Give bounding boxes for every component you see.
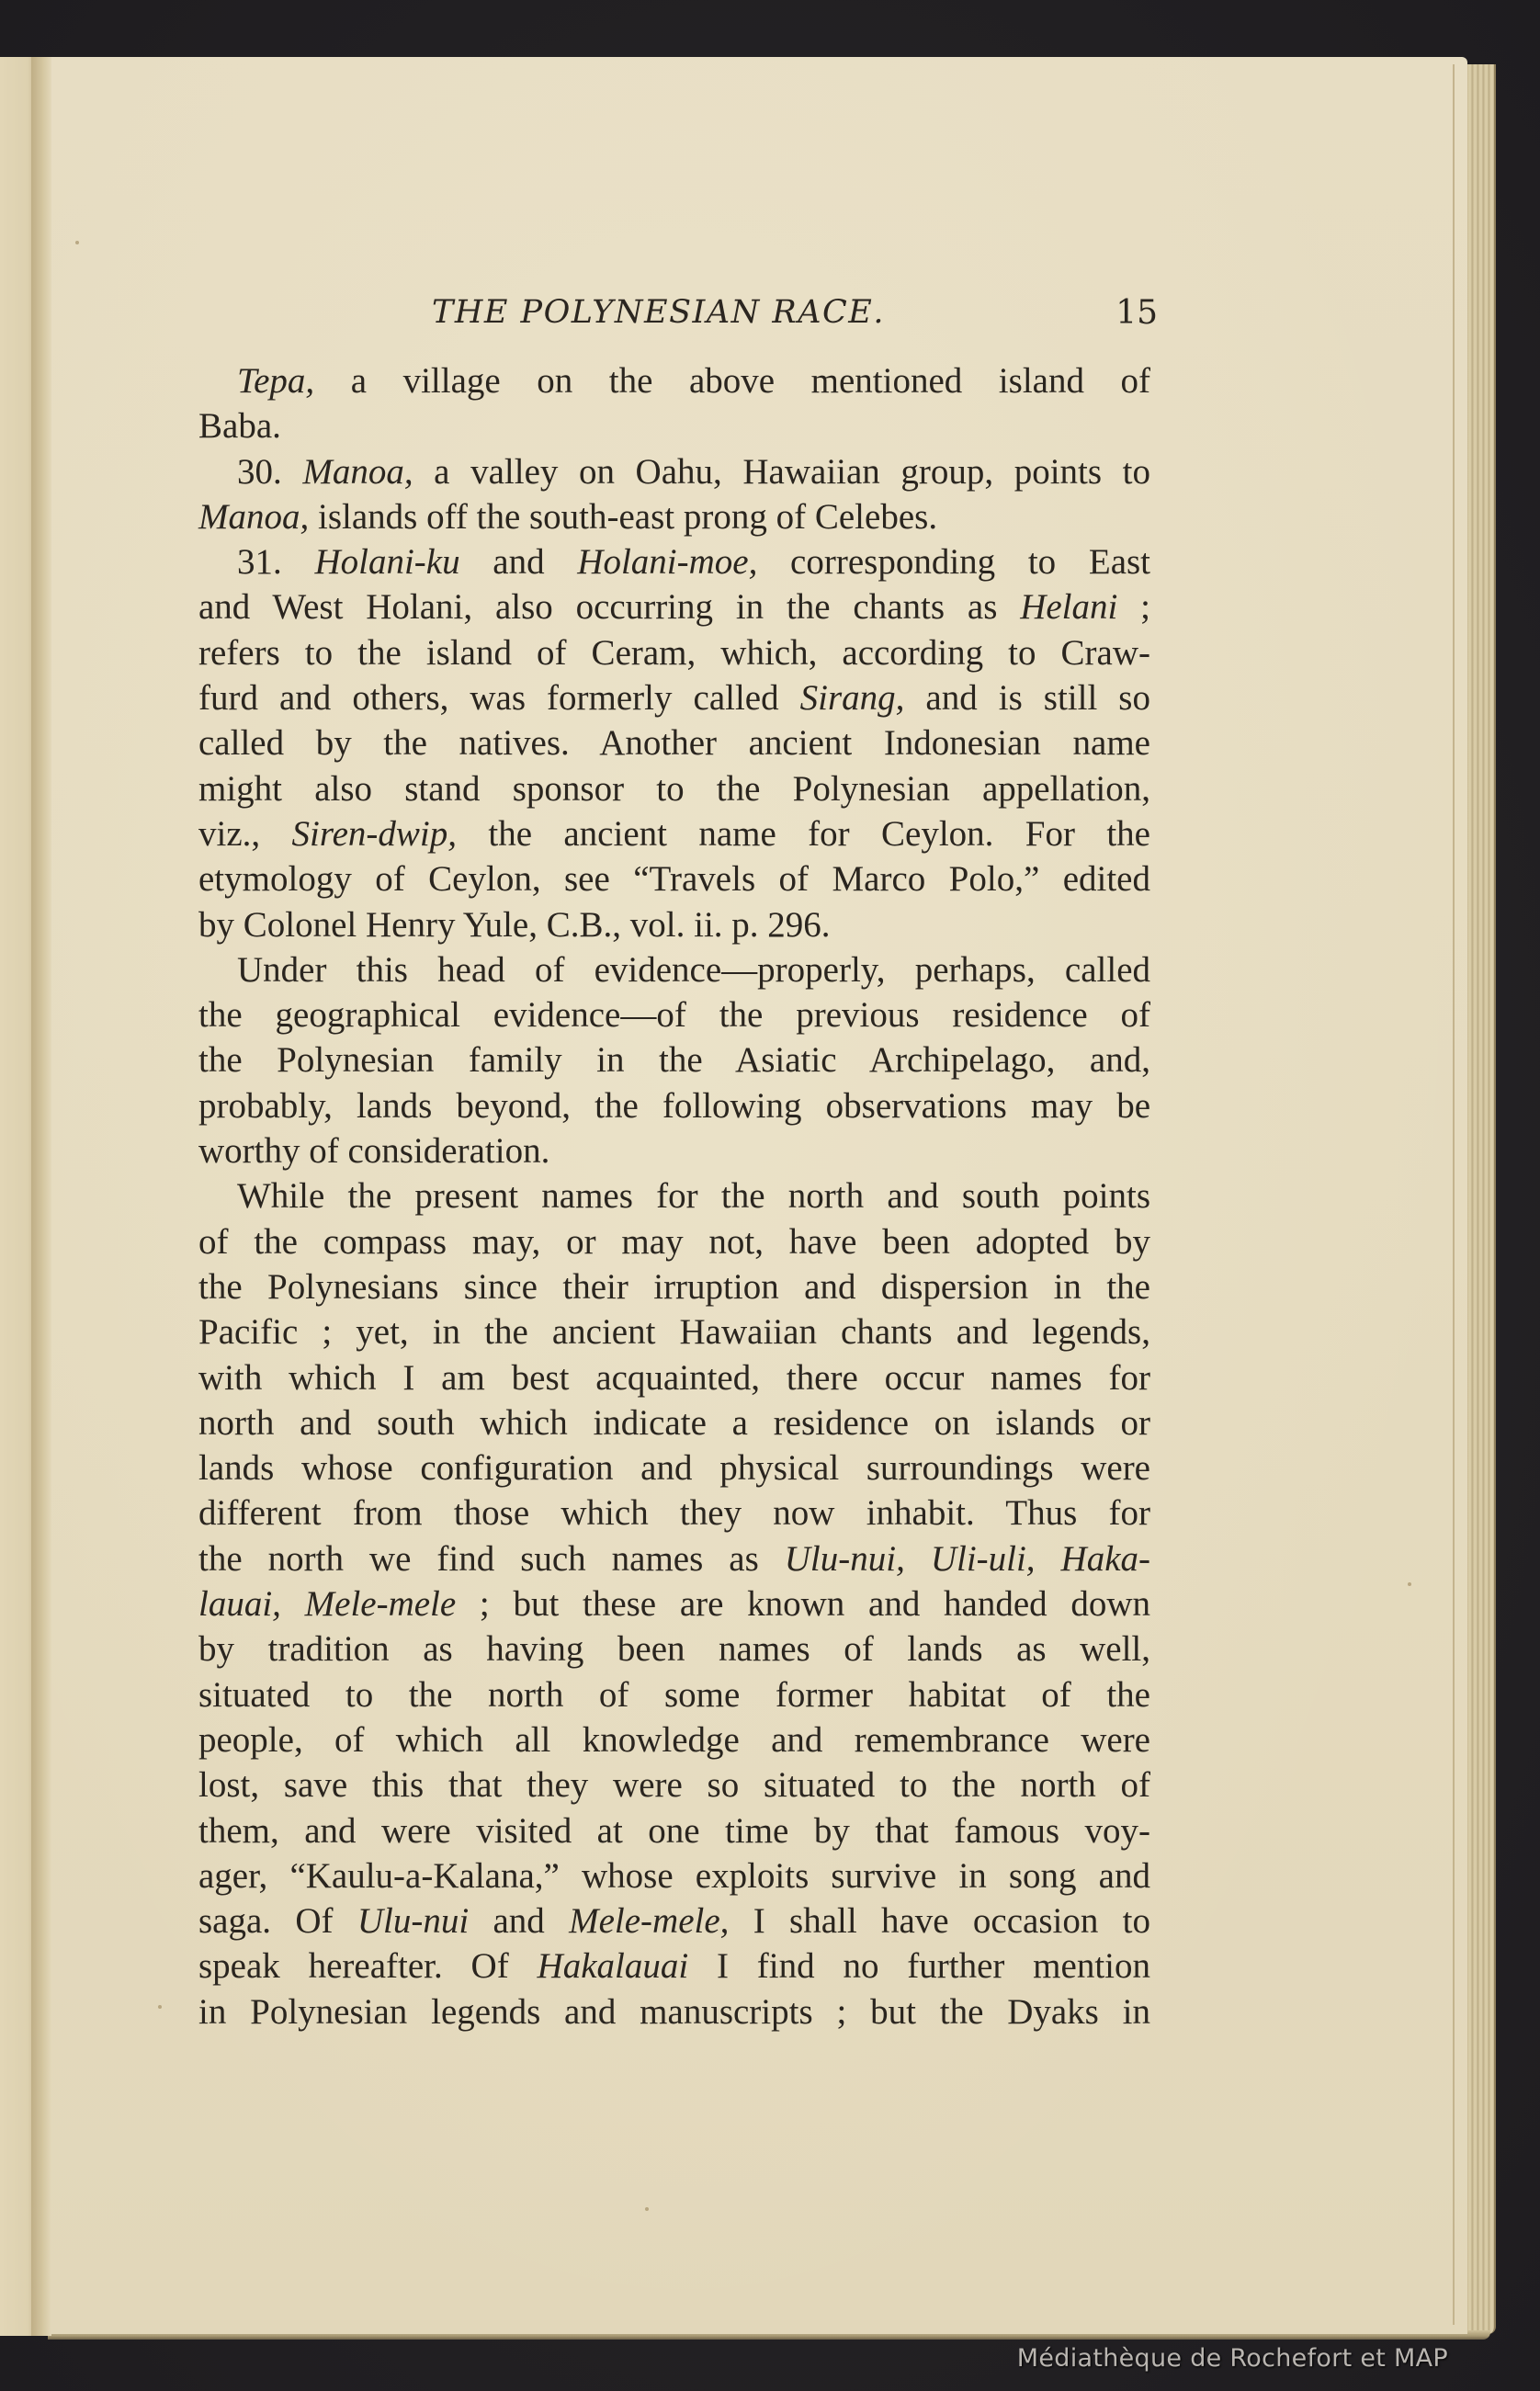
text-run: the geographical evidence—of the previou… [198, 995, 1150, 1035]
italic-term: Holani-moe, [577, 542, 757, 582]
text-line: Pacific ; yet, in the ancient Hawaiian c… [198, 1309, 1150, 1354]
text-line: Manoa, islands off the south-east prong … [198, 494, 1150, 539]
text-run: by tradition as having been names of lan… [198, 1629, 1150, 1669]
italic-term: Sirang, [800, 678, 905, 718]
text-run: Baba. [198, 406, 281, 446]
text-line: and West Holani, also occurring in the c… [198, 584, 1150, 629]
text-run: I find no further mention [688, 1946, 1150, 1986]
text-run: and [460, 542, 578, 582]
italic-term: Hakalauai [538, 1946, 689, 1986]
text-line: Tepa, a village on the above mentioned i… [198, 358, 1150, 403]
text-run: and is still so [904, 678, 1150, 718]
text-run: north and south which indicate a residen… [198, 1403, 1150, 1443]
text-line: furd and others, was formerly called Sir… [198, 675, 1150, 720]
text-line: the Polynesian family in the Asiatic Arc… [198, 1037, 1150, 1082]
text-line: by Colonel Henry Yule, C.B., vol. ii. p.… [198, 902, 1150, 947]
text-run: saga. Of [198, 1901, 357, 1941]
text-run: a valley on Oahu, Hawaiian group, points… [413, 452, 1150, 492]
text-run: probably, lands beyond, the following ob… [198, 1086, 1150, 1126]
running-head: THE POLYNESIAN RACE. 15 [184, 294, 1158, 346]
text-line: refers to the island of Ceram, which, ac… [198, 630, 1150, 675]
text-line: probably, lands beyond, the following ob… [198, 1083, 1150, 1128]
text-line: them, and were visited at one time by th… [198, 1808, 1150, 1853]
text-run: 31. [237, 542, 314, 582]
text-run: in Polynesian legends and manuscripts ; … [198, 1992, 1150, 2032]
text-line: etymology of Ceylon, see “Travels of Mar… [198, 856, 1150, 901]
text-run: different from those which they now inha… [198, 1493, 1150, 1533]
italic-term: Uli-uli, [931, 1539, 1036, 1579]
text-run: ; but these are known and handed down [456, 1584, 1150, 1624]
text-run: Pacific ; yet, in the ancient Hawaiian c… [198, 1312, 1150, 1352]
text-line: by tradition as having been names of lan… [198, 1626, 1150, 1671]
text-run: lost, save this that they were so situat… [198, 1765, 1150, 1805]
italic-term: Holani-ku [314, 542, 459, 582]
text-line: ager, “Kaulu-a-Kalana,” whose exploits s… [198, 1853, 1150, 1898]
text-run: the ancient name for Ceylon. For the [457, 814, 1150, 854]
text-line: might also stand sponsor to the Polynesi… [198, 766, 1150, 811]
text-line: speak hereafter. Of Hakalauai I find no … [198, 1943, 1150, 1989]
text-run: furd and others, was formerly called [198, 678, 800, 718]
text-run: 30. [237, 452, 302, 492]
text-line: lauai, Mele-mele ; but these are known a… [198, 1581, 1150, 1626]
text-line: worthy of consideration. [198, 1128, 1150, 1173]
text-run [1036, 1539, 1061, 1579]
text-run: the Polynesian family in the Asiatic Arc… [198, 1040, 1150, 1080]
text-run: people, of which all knowledge and remem… [198, 1720, 1150, 1760]
text-run: with which I am best acquainted, there o… [198, 1358, 1150, 1398]
italic-term: Haka- [1061, 1539, 1150, 1579]
text-run: islands off the south-east prong of Cele… [309, 497, 937, 537]
italic-term: Mele-mele, [569, 1901, 729, 1941]
text-run: corresponding to East [757, 542, 1150, 582]
text-run: viz., [198, 814, 292, 854]
text-line: While the present names for the north an… [198, 1173, 1150, 1218]
text-line: 31. Holani-ku and Holani-moe, correspond… [198, 539, 1150, 584]
watermark-credit: Médiathèque de Rochefort et MAP [1017, 2344, 1448, 2373]
text-line: the Polynesians since their irruption an… [198, 1264, 1150, 1309]
text-run: While the present names for the north an… [237, 1176, 1150, 1216]
text-line: viz., Siren-dwip, the ancient name for C… [198, 811, 1150, 856]
text-line: the geographical evidence—of the previou… [198, 992, 1150, 1037]
italic-term: Ulu-nui [357, 1901, 469, 1941]
text-run: the Polynesians since their irruption an… [198, 1267, 1150, 1307]
text-run: a village on the above mentioned island … [314, 361, 1150, 401]
italic-term: Ulu-nui, [785, 1539, 905, 1579]
text-line: with which I am best acquainted, there o… [198, 1355, 1150, 1400]
italic-term: Siren-dwip, [292, 814, 457, 854]
page-number: 15 [1115, 294, 1158, 332]
text-line: 30. Manoa, a valley on Oahu, Hawaiian gr… [198, 449, 1150, 494]
text-line: lost, save this that they were so situat… [198, 1762, 1150, 1807]
text-line: of the compass may, or may not, have bee… [198, 1219, 1150, 1264]
text-run: Under this head of evidence—properly, pe… [237, 950, 1150, 990]
text-line: people, of which all knowledge and remem… [198, 1717, 1150, 1762]
text-line: different from those which they now inha… [198, 1490, 1150, 1535]
body-text: Tepa, a village on the above mentioned i… [198, 358, 1150, 2034]
running-title: THE POLYNESIAN RACE. [432, 294, 885, 331]
text-line: situated to the north of some former hab… [198, 1672, 1150, 1717]
italic-term: Helani [1020, 587, 1117, 627]
text-line: Baba. [198, 403, 1150, 448]
italic-term: Manoa, [302, 452, 413, 492]
italic-term: Tepa, [237, 361, 314, 401]
text-run: worthy of consideration. [198, 1131, 549, 1171]
text-line: the north we find such names as Ulu-nui,… [198, 1536, 1150, 1581]
text-line: north and south which indicate a residen… [198, 1400, 1150, 1445]
italic-term: lauai, [198, 1584, 281, 1624]
text-run: etymology of Ceylon, see “Travels of Mar… [198, 859, 1150, 899]
text-run: and [469, 1901, 569, 1941]
text-line: called by the natives. Another ancient I… [198, 720, 1150, 765]
text-run: I shall have occasion to [729, 1901, 1150, 1941]
text-line: in Polynesian legends and manuscripts ; … [198, 1989, 1150, 2034]
text-line: Under this head of evidence—properly, pe… [198, 947, 1150, 992]
page-fold-line [1453, 64, 1455, 2325]
text-run: ager, “Kaulu-a-Kalana,” whose exploits s… [198, 1856, 1150, 1896]
italic-term: Manoa, [198, 497, 309, 537]
text-run: called by the natives. Another ancient I… [198, 723, 1150, 763]
text-run: by Colonel Henry Yule, C.B., vol. ii. p.… [198, 905, 831, 945]
gutter-shadow [31, 57, 51, 2336]
text-line: lands whose configuration and physical s… [198, 1445, 1150, 1490]
text-run: might also stand sponsor to the Polynesi… [198, 769, 1150, 809]
text-run: refers to the island of Ceram, which, ac… [198, 633, 1150, 673]
text-run [281, 1584, 305, 1624]
text-run [905, 1539, 931, 1579]
text-run: and West Holani, also occurring in the c… [198, 587, 1020, 627]
text-run: them, and were visited at one time by th… [198, 1811, 1150, 1851]
text-run: ; [1117, 587, 1150, 627]
text-run: speak hereafter. Of [198, 1946, 538, 1986]
text-run: of the compass may, or may not, have bee… [198, 1222, 1150, 1262]
text-line: saga. Of Ulu-nui and Mele-mele, I shall … [198, 1898, 1150, 1943]
text-run: situated to the north of some former hab… [198, 1675, 1150, 1715]
text-run: the north we find such names as [198, 1539, 785, 1579]
text-run: lands whose configuration and physical s… [198, 1448, 1150, 1488]
italic-term: Mele-mele [305, 1584, 457, 1624]
